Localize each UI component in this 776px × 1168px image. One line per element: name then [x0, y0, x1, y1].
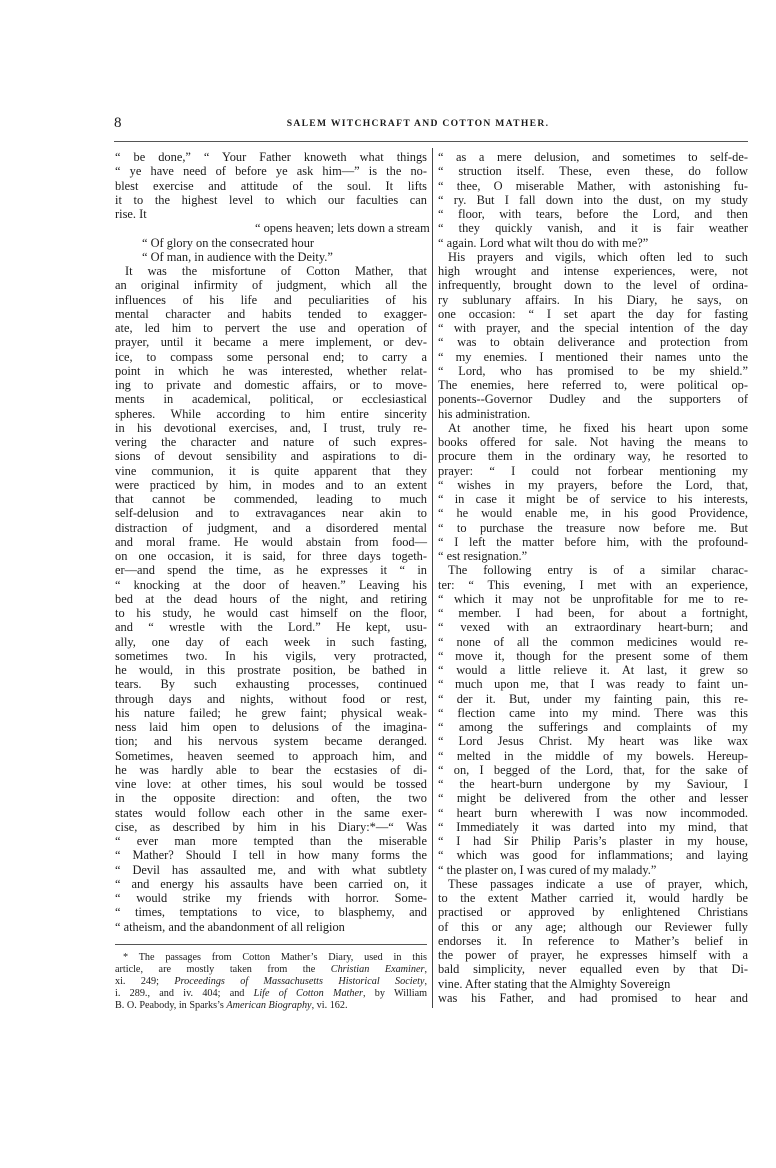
text-line: mental character and habits tended to ex… — [115, 307, 427, 321]
column-divider — [432, 148, 433, 1008]
text-line: “ which was good for inflammations; and … — [438, 848, 748, 862]
text-line: procure them in the ordinary way, he res… — [438, 449, 748, 463]
footnote: * The passages from Cotton Mather’s Diar… — [115, 952, 427, 1012]
text-line: “ ry. But I fall down into the dust, on … — [438, 193, 748, 207]
text-line: in his devotional exercises, and, I trus… — [115, 421, 427, 435]
text-line: self-delusion and to extravagances near … — [115, 506, 427, 520]
text-line: influences of his life and peculiarities… — [115, 293, 427, 307]
footnote-line: xi. 249; Proceedings of Massachusetts Hi… — [115, 976, 427, 988]
text-line: “ my enemies. I mentioned their names un… — [438, 350, 748, 364]
text-line: and moral frame. He would abstain from f… — [115, 535, 427, 549]
text-line: “ vexed with an extraordinary heart-burn… — [438, 620, 748, 634]
text-line: vine communion, it is quite apparent tha… — [115, 464, 427, 478]
text-line: “ might be delivered from the other and … — [438, 791, 748, 805]
text-line: of this or any age; although our Reviewe… — [438, 920, 748, 934]
text-line: an original infirmity of judgment, which… — [115, 278, 427, 292]
footnote-rule — [115, 944, 427, 945]
text-line: sions of devout sensibility and aspirati… — [115, 449, 427, 463]
text-line: “ Of man, in audience with the Deity.” — [115, 250, 427, 264]
footnote-line: i. 289., and iv. 404; and Life of Cotton… — [115, 988, 427, 1000]
text-line: “ they quickly vanish, and it is fair we… — [438, 221, 748, 235]
text-line: The following entry is of a similar char… — [438, 563, 748, 577]
running-title: SALEM WITCHCRAFT AND COTTON MATHER. — [0, 118, 776, 129]
text-line: spheres. While according to him entire s… — [115, 407, 427, 421]
text-line: “ est resignation.” — [438, 549, 748, 563]
text-line: “ would strike my friends with horror. S… — [115, 891, 427, 905]
text-line: “ Mather? Should I tell in how many form… — [115, 848, 427, 862]
text-line: books offered for sale. Not having the m… — [438, 435, 748, 449]
text-line: tears. By such exhausting processes, con… — [115, 677, 427, 691]
text-line: and “ wrestle with the Lord.” He kept, u… — [115, 620, 427, 634]
text-line: it to the highest level to which our fac… — [115, 193, 427, 207]
text-line: “ Immediately it was darted into my mind… — [438, 820, 748, 834]
text-line: “ be done,” “ Your Father knoweth what t… — [115, 150, 427, 164]
text-line: ing to private and domestic affairs, or … — [115, 378, 427, 392]
text-line: blest exercise and attitude of the soul.… — [115, 179, 427, 193]
text-line: “ was to obtain deliverance and protecti… — [438, 335, 748, 349]
text-line: his administration. — [438, 407, 748, 421]
text-line: “ would a little relieve it. At last, it… — [438, 663, 748, 677]
text-line: At another time, he fixed his heart upon… — [438, 421, 748, 435]
text-line: point in which he was interested, whethe… — [115, 364, 427, 378]
text-line: rise. It — [115, 207, 427, 221]
text-line: infrequently, brought down to the level … — [438, 278, 748, 292]
text-line: vering the character and nature of such … — [115, 435, 427, 449]
text-line: vine. After stating that the Almighty So… — [438, 977, 748, 991]
text-line: Sometimes, heaven seemed to approach him… — [115, 749, 427, 763]
text-line: “ member. I had been, for about a fortni… — [438, 606, 748, 620]
text-line: “ floor, with tears, before the Lord, an… — [438, 207, 748, 221]
text-line: ice, to compass some personal end; to ca… — [115, 350, 427, 364]
header-rule — [114, 141, 748, 142]
text-line: ness laid him open to delusions of the i… — [115, 720, 427, 734]
text-line: “ with prayer, and the special intention… — [438, 321, 748, 335]
text-line: endorses it. In reference to Mather’s be… — [438, 934, 748, 948]
text-line: “ much upon me, that I was ready to fain… — [438, 677, 748, 691]
text-line: high wrought and intense experiences, we… — [438, 264, 748, 278]
text-line: “ atheism, and the abandonment of all re… — [115, 920, 427, 934]
text-line: “ on, I begged of the Lord, that, for th… — [438, 763, 748, 777]
text-line: “ among the sufferings and complaints of… — [438, 720, 748, 734]
text-line: “ Lord Jesus Christ. My heart was like w… — [438, 734, 748, 748]
text-line: “ ever man more tempted than the miserab… — [115, 834, 427, 848]
text-line: he was hardly able to bear the ecstasies… — [115, 763, 427, 777]
text-line: on one occasion, it is said, for three d… — [115, 549, 427, 563]
text-line: “ again. Lord what wilt thou do with me?… — [438, 236, 748, 250]
text-line: “ der it. But, under my fainting pain, t… — [438, 692, 748, 706]
text-line: It was the misfortune of Cotton Mather, … — [115, 264, 427, 278]
text-line: tion; and his nervous system became dera… — [115, 734, 427, 748]
text-line: “ Of glory on the consecrated hour — [115, 236, 427, 250]
text-line: prayer, until it became a mere implement… — [115, 335, 427, 349]
text-line: The enemies, here referred to, were poli… — [438, 378, 748, 392]
text-line: that cannot be commended, leading to muc… — [115, 492, 427, 506]
text-line: bald simplicity, never equalled even by … — [438, 962, 748, 976]
text-line: “ heart burn wherewith I was now incommo… — [438, 806, 748, 820]
text-line: “ flection came into my mind. There was … — [438, 706, 748, 720]
text-line: were practiced by him, in modes and to a… — [115, 478, 427, 492]
text-line: ter: “ This evening, I met with an exper… — [438, 578, 748, 592]
text-line: “ Devil has assaulted me, and with what … — [115, 863, 427, 877]
text-line: practised or approved by enlightened Chr… — [438, 905, 748, 919]
text-line: through days and nights, without food or… — [115, 692, 427, 706]
text-line: “ move it, though for the present some o… — [438, 649, 748, 663]
text-line: bed at the dead hours of the night, and … — [115, 592, 427, 606]
text-line: he would, in this prostrate position, be… — [115, 663, 427, 677]
text-line: er—and spend the time, as he expresses i… — [115, 563, 427, 577]
text-line: “ I left the matter before him, with the… — [438, 535, 748, 549]
text-line: distraction of judgment, and a disordere… — [115, 521, 427, 535]
text-line: prayer: “ I could not forbear mentioning… — [438, 464, 748, 478]
text-line: was his Father, and had promised to hear… — [438, 991, 748, 1005]
text-line: “ and energy his assaults have been carr… — [115, 877, 427, 891]
footnote-line: * The passages from Cotton Mather’s Diar… — [115, 952, 427, 964]
text-line: These passages indicate a use of prayer,… — [438, 877, 748, 891]
footnote-line: article, are mostly taken from the Chris… — [115, 964, 427, 976]
text-line: ry sublunary affairs. In his Diary, he s… — [438, 293, 748, 307]
text-line: “ none of all the common medicines would… — [438, 635, 748, 649]
text-line: “ as a mere delusion, and sometimes to s… — [438, 150, 748, 164]
text-line: in the opposite direction: and often, th… — [115, 791, 427, 805]
text-line: “ I had Sir Philip Paris’s plaster in my… — [438, 834, 748, 848]
text-line: His prayers and vigils, which often led … — [438, 250, 748, 264]
text-line: “ thee, O miserable Mather, with astonis… — [438, 179, 748, 193]
text-line: “ to purchase the treasure now before me… — [438, 521, 748, 535]
text-line: “ struction itself. These, even these, d… — [438, 164, 748, 178]
text-line: ate, led him to pervert the use and oper… — [115, 321, 427, 335]
text-line: his nature failed; he grew faint; physic… — [115, 706, 427, 720]
text-line: “ Lord, who has promised to be my shield… — [438, 364, 748, 378]
text-line: “ the plaster on, I was cured of my mala… — [438, 863, 748, 877]
text-line: “ knocking at the door of heaven.” Leavi… — [115, 578, 427, 592]
right-column: “ as a mere delusion, and sometimes to s… — [438, 150, 748, 1005]
text-line: ments in academical, political, or eccle… — [115, 392, 427, 406]
text-line: to his study, he would cast himself on t… — [115, 606, 427, 620]
text-line: ally, one day of each week in such fasti… — [115, 635, 427, 649]
text-line: “ opens heaven; lets down a stream — [115, 221, 427, 235]
text-line: states would follow each other in the sa… — [115, 806, 427, 820]
text-line: “ he would enable me, in his good Provid… — [438, 506, 748, 520]
text-line: “ in case it might be of service to his … — [438, 492, 748, 506]
text-line: “ melted in the middle of my bowels. Her… — [438, 749, 748, 763]
text-line: ponents--Governor Dudley and the support… — [438, 392, 748, 406]
left-column: “ be done,” “ Your Father knoweth what t… — [115, 150, 427, 934]
text-line: to the extent Mather carried it, would h… — [438, 891, 748, 905]
text-line: “ ye have need of before ye ask him—” is… — [115, 164, 427, 178]
text-line: “ wishes in my prayers, before the Lord,… — [438, 478, 748, 492]
footnote-line: B. O. Peabody, in Sparks’s American Biog… — [115, 1000, 427, 1012]
text-line: “ which it may not be unprofitable for m… — [438, 592, 748, 606]
text-line: one occasion: “ I set apart the day for … — [438, 307, 748, 321]
text-line: vine love: at other times, his soul woul… — [115, 777, 427, 791]
text-line: sometimes two. In his vigils, very protr… — [115, 649, 427, 663]
text-line: “ times, temptations to vice, to blasphe… — [115, 905, 427, 919]
text-line: the power of prayer, he expresses himsel… — [438, 948, 748, 962]
text-line: “ the heart-burn undergone by my Saviour… — [438, 777, 748, 791]
text-line: cise, as described by him in his Diary:*… — [115, 820, 427, 834]
